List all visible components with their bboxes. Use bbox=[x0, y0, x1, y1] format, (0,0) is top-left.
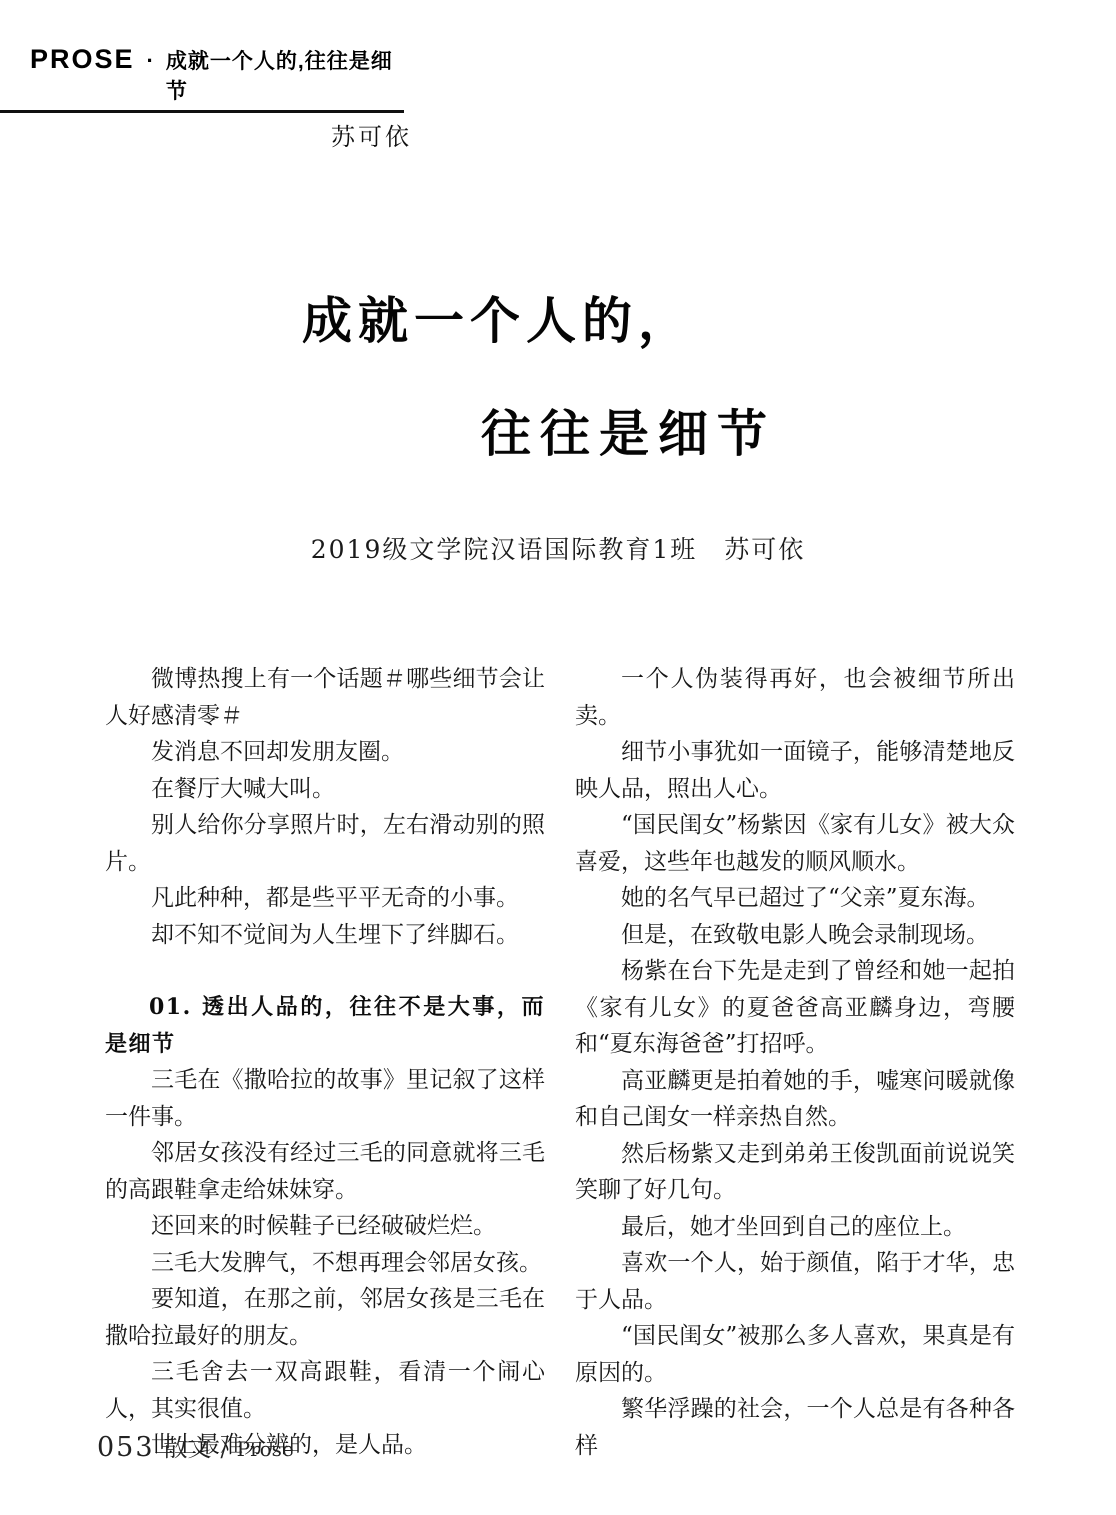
header-article-title: 成就一个人的,往往是细节 bbox=[166, 45, 404, 105]
paragraph: 凡此种种，都是些平平无奇的小事。 bbox=[105, 880, 545, 917]
header-kicker: PROSE bbox=[30, 44, 135, 75]
paragraph: 发消息不回却发朋友圈。 bbox=[105, 734, 545, 771]
paragraph: 三毛在《撒哈拉的故事》里记叙了这样一件事。 bbox=[105, 1062, 545, 1135]
paragraph: 三毛舍去一双高跟鞋，看清一个闹心人，其实很值。 bbox=[105, 1354, 545, 1427]
paragraph: 她的名气早已超过了“父亲”夏东海。 bbox=[575, 880, 1015, 917]
paragraph: 别人给你分享照片时，左右滑动别的照片。 bbox=[105, 807, 545, 880]
footer-slash: / bbox=[221, 1437, 228, 1461]
footer-page-number: 053 bbox=[97, 1432, 155, 1463]
paragraph: 细节小事犹如一面镜子，能够清楚地反映人品，照出人心。 bbox=[575, 734, 1015, 807]
paragraph: 然后杨紫又走到弟弟王俊凯面前说说笑笑聊了好几句。 bbox=[575, 1136, 1015, 1209]
header-row: PROSE · 成就一个人的,往往是细节 bbox=[0, 44, 404, 110]
paragraph: 三毛大发脾气，不想再理会邻居女孩。 bbox=[105, 1245, 545, 1282]
paragraph: 要知道，在那之前，邻居女孩是三毛在撒哈拉最好的朋友。 bbox=[105, 1281, 545, 1354]
article-title-line-2: 往往是细节 bbox=[481, 394, 776, 466]
paragraph: 高亚麟更是拍着她的手，嘘寒问暖就像和自己闺女一样亲热自然。 bbox=[575, 1063, 1015, 1136]
page-footer: 053 散文 / Prose bbox=[97, 1428, 294, 1463]
paragraph: 微博热搜上有一个话题＃哪些细节会让人好感清零＃ bbox=[105, 661, 545, 734]
paragraph: 邻居女孩没有经过三毛的同意就将三毛的高跟鞋拿走给妹妹穿。 bbox=[105, 1135, 545, 1208]
paragraph: 最后，她才坐回到自己的座位上。 bbox=[575, 1209, 1015, 1246]
paragraph: “国民闺女”杨紫因《家有儿女》被大众喜爱，这些年也越发的顺风顺水。 bbox=[575, 807, 1015, 880]
paragraph: 还回来的时候鞋子已经破破烂烂。 bbox=[105, 1208, 545, 1245]
article-title-line-1: 成就一个人的， bbox=[302, 281, 694, 353]
magazine-page: PROSE · 成就一个人的,往往是细节 苏可依 成就一个人的， 往往是细节 2… bbox=[0, 0, 1116, 1515]
header-author: 苏可依 bbox=[0, 113, 412, 152]
page-header: PROSE · 成就一个人的,往往是细节 苏可依 bbox=[0, 44, 404, 152]
paragraph: 一个人伪装得再好，也会被细节所出卖。 bbox=[575, 661, 1015, 734]
byline: 2019级文学院汉语国际教育1班 苏可依 bbox=[0, 530, 1116, 566]
paragraph: 杨紫在台下先是走到了曾经和她一起拍《家有儿女》的夏爸爸高亚麟身边，弯腰和“夏东海… bbox=[575, 953, 1015, 1063]
paragraph: 却不知不觉间为人生埋下了绊脚石。 bbox=[105, 917, 545, 954]
right-column: 一个人伪装得再好，也会被细节所出卖。细节小事犹如一面镜子，能够清楚地反映人品，照… bbox=[575, 661, 1015, 1464]
paragraph: “国民闺女”被那么多人喜欢，果真是有原因的。 bbox=[575, 1318, 1015, 1391]
paragraph: 喜欢一个人，始于颜值，陷于才华，忠于人品。 bbox=[575, 1245, 1015, 1318]
article-body: 微博热搜上有一个话题＃哪些细节会让人好感清零＃发消息不回却发朋友圈。在餐厅大喊大… bbox=[105, 661, 1015, 1464]
paragraph: 在餐厅大喊大叫。 bbox=[105, 771, 545, 808]
left-column: 微博热搜上有一个话题＃哪些细节会让人好感清零＃发消息不回却发朋友圈。在餐厅大喊大… bbox=[105, 661, 545, 1464]
footer-section-cn: 散文 bbox=[164, 1428, 212, 1463]
paragraph: 但是，在致敬电影人晚会录制现场。 bbox=[575, 917, 1015, 954]
section-heading: 01. 透出人品的，往往不是大事，而是细节 bbox=[105, 989, 545, 1062]
header-separator-dot: · bbox=[147, 48, 154, 74]
paragraph: 繁华浮躁的社会，一个人总是有各种各样 bbox=[575, 1391, 1015, 1464]
footer-section-en: Prose bbox=[237, 1437, 294, 1461]
